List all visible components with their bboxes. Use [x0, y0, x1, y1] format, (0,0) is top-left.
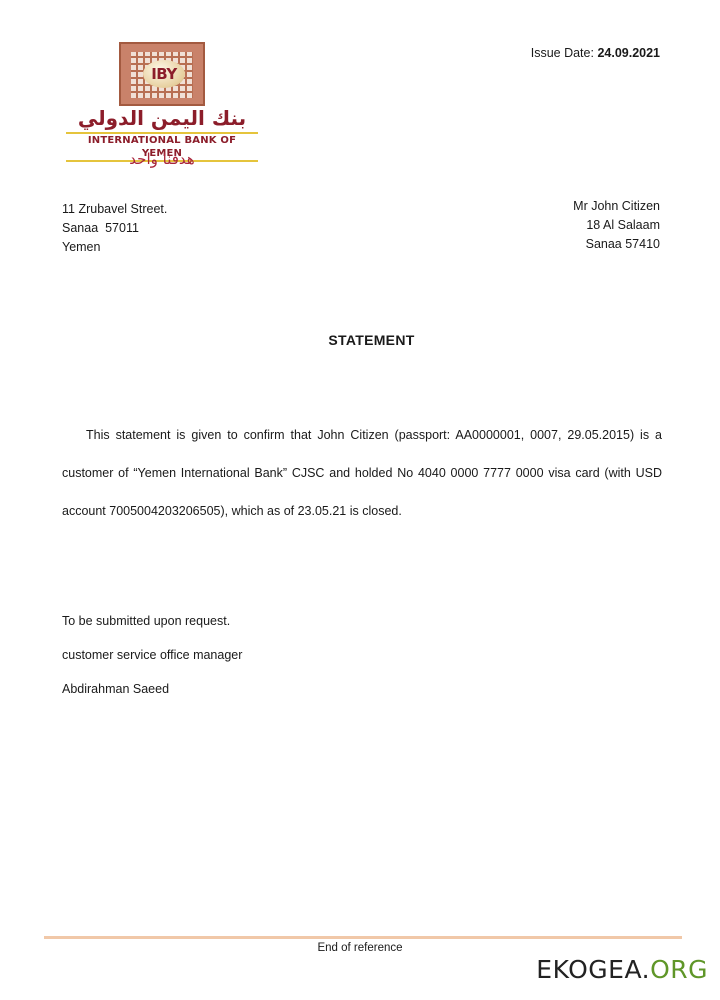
sender-address: 11 Zrubavel Street. Sanaa 57011 Yemen — [62, 200, 167, 257]
logo-slogan: هدفنا واحد — [66, 150, 258, 168]
footer-text: End of reference — [0, 942, 720, 954]
sender-address-line: Yemen — [62, 238, 167, 257]
watermark: EKOGEA.ORG — [536, 955, 708, 984]
watermark-main: EKOGEA. — [536, 955, 650, 984]
recipient-address-line: Sanaa 57410 — [573, 235, 660, 254]
sender-address-line: Sanaa 57011 — [62, 219, 167, 238]
logo-monogram: IBY — [143, 60, 185, 88]
statement-body: This statement is given to confirm that … — [62, 416, 662, 530]
logo-emblem: IBY — [119, 42, 205, 106]
signatory-title: customer service office manager — [62, 638, 242, 672]
issue-date: Issue Date: 24.09.2021 — [531, 46, 660, 60]
recipient-address-line: 18 Al Salaam — [573, 216, 660, 235]
footer-divider — [44, 936, 682, 939]
issue-date-label: Issue Date: — [531, 46, 594, 60]
logo-arabic-name: بنك اليمن الدولي — [66, 106, 258, 130]
watermark-suffix: ORG — [650, 955, 708, 984]
closing-note: To be submitted upon request. — [62, 604, 242, 638]
closing-block: To be submitted upon request. customer s… — [62, 604, 242, 706]
bank-logo: IBY بنك اليمن الدولي INTERNATIONAL BANK … — [62, 40, 262, 172]
sender-address-line: 11 Zrubavel Street. — [62, 200, 167, 219]
issue-date-value: 24.09.2021 — [597, 46, 660, 60]
document-title: STATEMENT — [0, 332, 720, 348]
recipient-address: Mr John Citizen 18 Al Salaam Sanaa 57410 — [573, 197, 660, 254]
signatory-name: Abdirahman Saeed — [62, 672, 242, 706]
recipient-address-line: Mr John Citizen — [573, 197, 660, 216]
